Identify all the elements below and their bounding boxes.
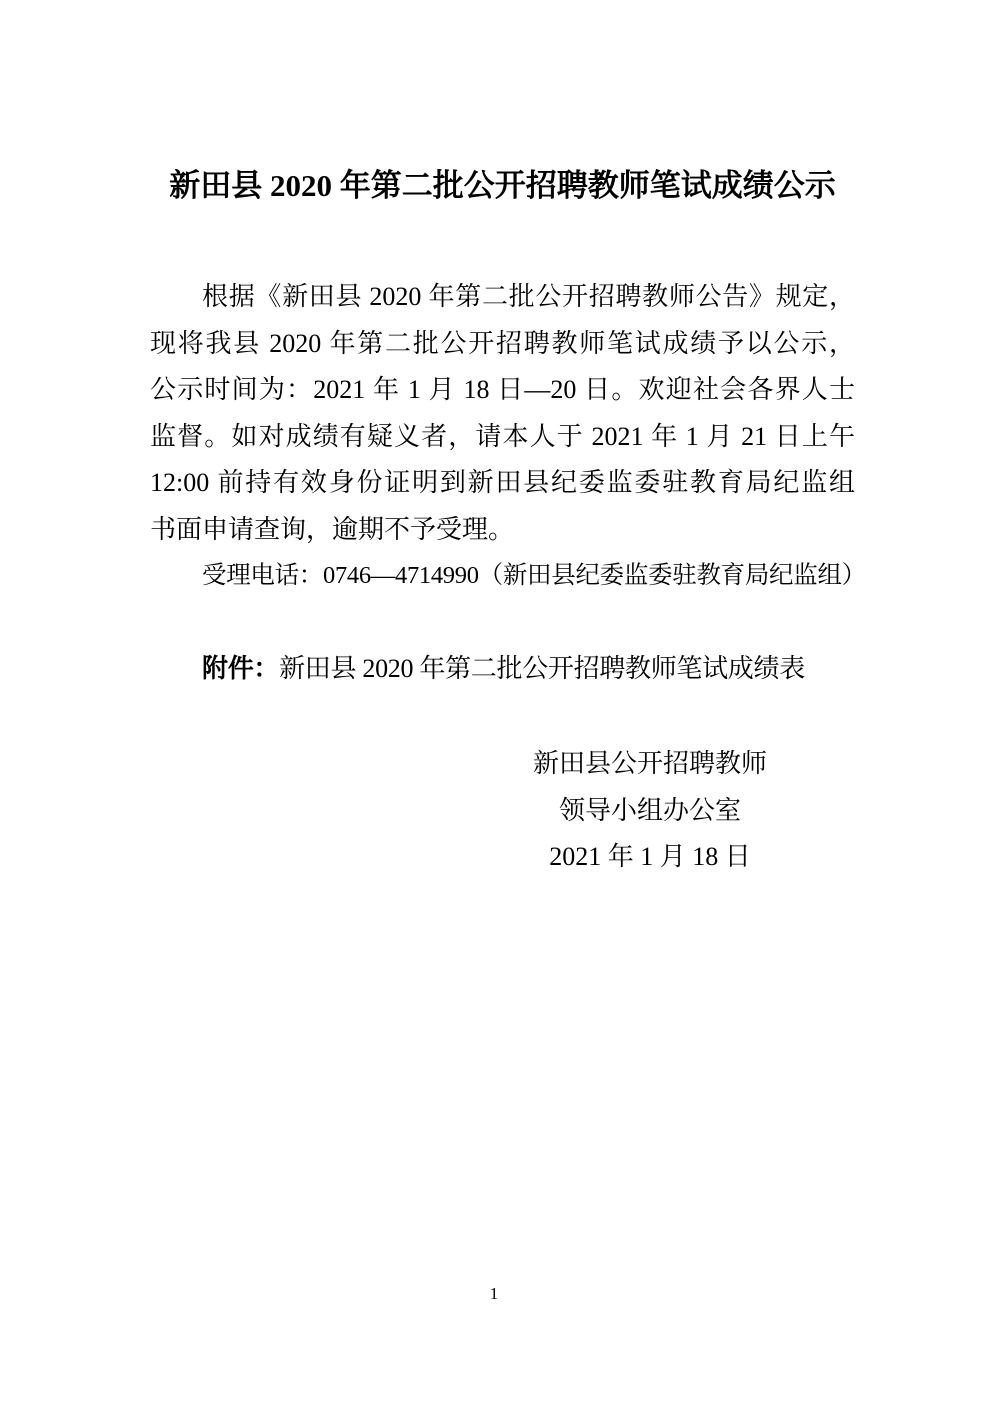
paragraph-line-5: 12:00 前持有效身份证明到新田县纪委监委驻教育局纪监组 (150, 460, 855, 507)
signature-org-line-2: 领导小组办公室 (500, 788, 800, 835)
document-title: 新田县 2020 年第二批公开招聘教师笔试成绩公示 (150, 162, 855, 210)
paragraph-line-6: 书面申请查询，逾期不予受理。 (150, 507, 855, 554)
document-page: 新田县 2020 年第二批公开招聘教师笔试成绩公示 根据《新田县 2020 年第… (0, 0, 1000, 1414)
paragraph-line-4: 监督。如对成绩有疑义者，请本人于 2021 年 1 月 21 日上午 (150, 414, 855, 461)
body-paragraph: 根据《新田县 2020 年第二批公开招聘教师公告》规定， 现将我县 2020 年… (150, 274, 855, 692)
paragraph-line-1: 根据《新田县 2020 年第二批公开招聘教师公告》规定， (150, 274, 855, 321)
phone-line: 受理电话：0746—4714990（新田县纪委监委驻教育局纪监组） (150, 553, 855, 600)
paragraph-line-2: 现将我县 2020 年第二批公开招聘教师笔试成绩予以公示， (150, 321, 855, 368)
signature-block: 新田县公开招聘教师 领导小组办公室 2021 年 1 月 18 日 (500, 741, 800, 881)
attachment-line: 附件：新田县 2020 年第二批公开招聘教师笔试成绩表 (150, 646, 855, 693)
attachment-title: 新田县 2020 年第二批公开招聘教师笔试成绩表 (279, 654, 805, 683)
attachment-label: 附件： (202, 654, 279, 683)
page-number: 1 (0, 1284, 994, 1304)
paragraph-line-3: 公示时间为：2021 年 1 月 18 日—20 日。欢迎社会各界人士 (150, 367, 855, 414)
signature-date: 2021 年 1 月 18 日 (500, 834, 800, 881)
signature-org-line-1: 新田县公开招聘教师 (500, 741, 800, 788)
